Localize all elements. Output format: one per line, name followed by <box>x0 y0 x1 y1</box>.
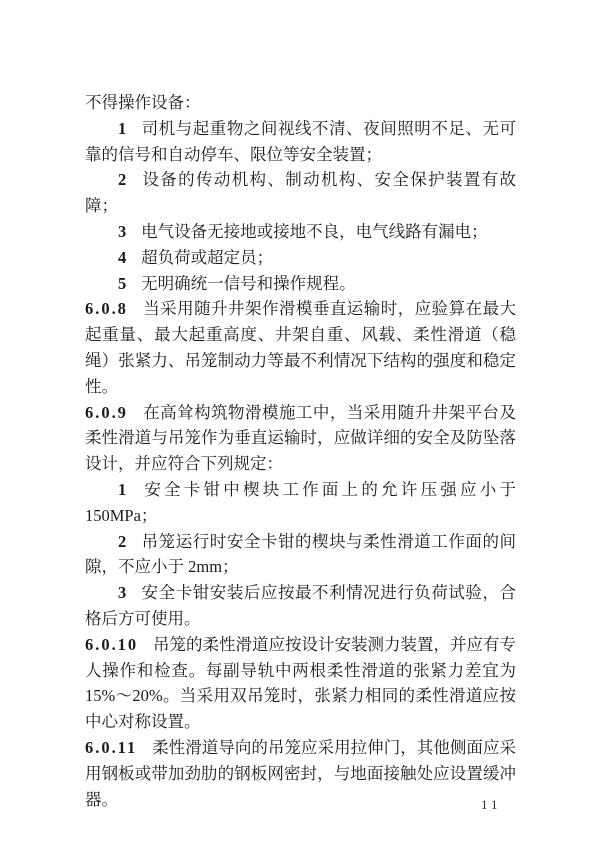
list-item: 1司机与起重物之间视线不清、夜间照明不足、无可靠的信号和自动停车、限位等安全装置… <box>85 116 516 168</box>
item-number: 1 <box>118 119 126 138</box>
list-item: 2吊笼运行时安全卡钳的楔块与柔性滑道工作面的间隙，不应小于 2mm； <box>85 529 516 581</box>
item-number: 4 <box>118 248 126 267</box>
clause-number: 6.0.10 <box>85 635 138 654</box>
item-text: 安全卡钳中楔块工作面上的允许压强应小于 150MPa； <box>85 480 516 525</box>
list-item: 1安全卡钳中楔块工作面上的允许压强应小于 150MPa； <box>85 477 516 529</box>
item-number: 1 <box>118 480 126 499</box>
item-number: 3 <box>118 222 126 241</box>
item-text: 安全卡钳安装后应按最不利情况进行负荷试验，合格后方可使用。 <box>85 583 516 628</box>
item-number: 2 <box>118 532 126 551</box>
clause-text: 在高耸构筑物滑模施工中，当采用随升井架平台及柔性滑道与吊笼作为垂直运输时，应做详… <box>85 403 516 474</box>
clause-number: 6.0.11 <box>85 738 137 757</box>
clause-text: 当采用随升井架作滑模垂直运输时，应验算在最大起重量、最大起重高度、井架自重、风载… <box>85 299 516 395</box>
paragraph-continuation: 不得操作设备： <box>85 90 516 116</box>
document-page: 不得操作设备： 1司机与起重物之间视线不清、夜间照明不足、无可靠的信号和自动停车… <box>0 0 600 848</box>
list-item: 3安全卡钳安装后应按最不利情况进行负荷试验，合格后方可使用。 <box>85 580 516 632</box>
clause-number: 6.0.9 <box>85 403 128 422</box>
paragraph-text: 不得操作设备： <box>85 93 201 112</box>
item-number: 5 <box>118 274 126 293</box>
clause-paragraph: 6.0.11柔性滑道导向的吊笼应采用拉伸门，其他侧面应采用钢板或带加劲肋的钢板网… <box>85 735 516 812</box>
page-number: 11 <box>481 797 502 813</box>
list-item: 5无明确统一信号和操作规程。 <box>85 271 516 297</box>
item-text: 超负荷或超定员； <box>141 248 273 267</box>
list-item: 4超负荷或超定员； <box>85 245 516 271</box>
clause-paragraph: 6.0.8当采用随升井架作滑模垂直运输时，应验算在最大起重量、最大起重高度、井架… <box>85 296 516 399</box>
clause-text: 柔性滑道导向的吊笼应采用拉伸门，其他侧面应采用钢板或带加劲肋的钢板网密封，与地面… <box>85 738 516 809</box>
list-item: 3电气设备无接地或接地不良，电气线路有漏电； <box>85 219 516 245</box>
clause-number: 6.0.8 <box>85 299 128 318</box>
clause-text: 吊笼的柔性滑道应按设计安装测力装置，并应有专人操作和检查。每副导轨中两根柔性滑道… <box>85 635 516 731</box>
item-text: 设备的传动机构、制动机构、安全保护装置有故障； <box>85 170 516 215</box>
item-number: 2 <box>118 170 126 189</box>
clause-paragraph: 6.0.9在高耸构筑物滑模施工中，当采用随升井架平台及柔性滑道与吊笼作为垂直运输… <box>85 400 516 477</box>
item-text: 司机与起重物之间视线不清、夜间照明不足、无可靠的信号和自动停车、限位等安全装置； <box>85 119 516 164</box>
list-item: 2设备的传动机构、制动机构、安全保护装置有故障； <box>85 167 516 219</box>
text-block: 不得操作设备： 1司机与起重物之间视线不清、夜间照明不足、无可靠的信号和自动停车… <box>85 90 516 812</box>
item-text: 吊笼运行时安全卡钳的楔块与柔性滑道工作面的间隙，不应小于 2mm； <box>85 532 516 577</box>
item-text: 电气设备无接地或接地不良，电气线路有漏电； <box>141 222 488 241</box>
item-number: 3 <box>118 583 126 602</box>
clause-paragraph: 6.0.10吊笼的柔性滑道应按设计安装测力装置，并应有专人操作和检查。每副导轨中… <box>85 632 516 735</box>
item-text: 无明确统一信号和操作规程。 <box>141 274 356 293</box>
